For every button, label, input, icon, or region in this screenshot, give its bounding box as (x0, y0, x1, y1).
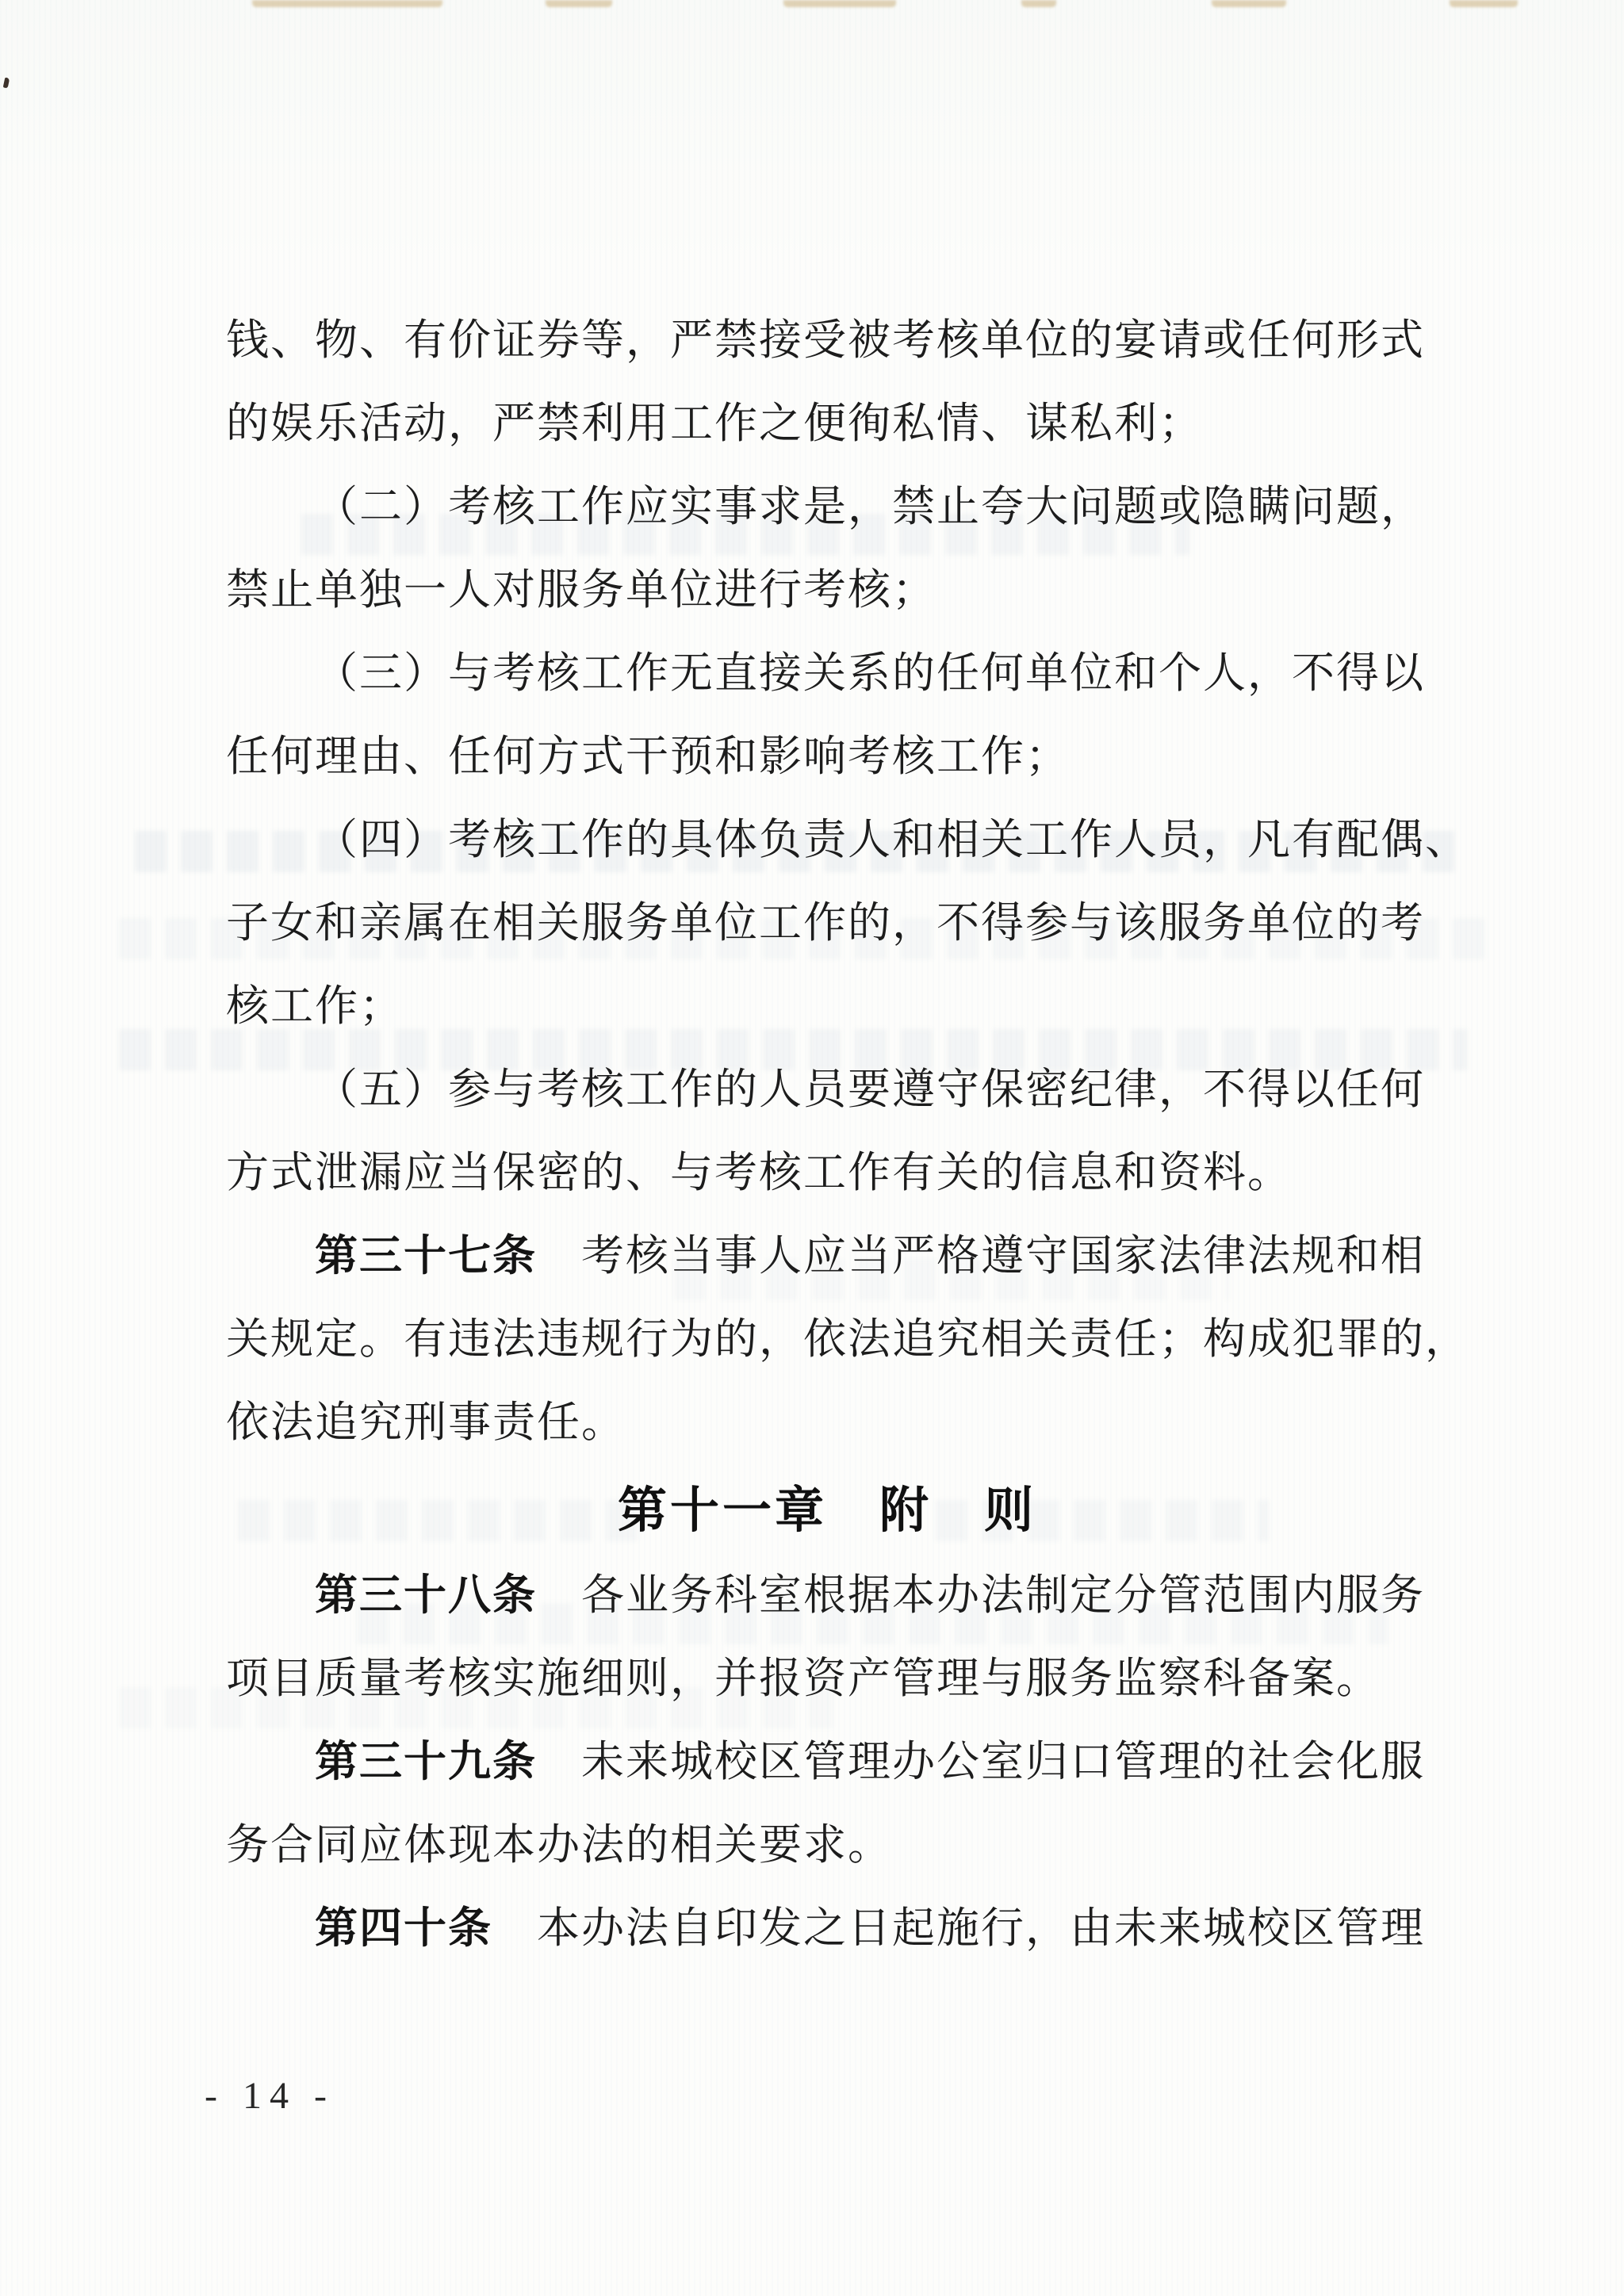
text-line: 第三十九条未来城校区管理办公室归口管理的社会化服 (226, 1716, 1428, 1800)
chapter-heading: 第十一章 附 则 (226, 1464, 1428, 1548)
text-segment: 子女和亲属在相关服务单位工作的，不得参与该服务单位的考 (226, 889, 1425, 950)
text-line: （四）考核工作的具体负责人和相关工作人员，凡有配偶、 (226, 794, 1428, 878)
text-line: 项目质量考核实施细则，并报资产管理与服务监察科备案。 (226, 1633, 1428, 1716)
document-page: 钱、物、有价证券等，严禁接受被考核单位的宴请或任何形式的娱乐活动，严禁利用工作之… (0, 0, 1624, 2296)
text-line: 子女和亲属在相关服务单位工作的，不得参与该服务单位的考 (226, 878, 1428, 961)
scan-smudge (252, 0, 442, 7)
text-segment: 禁止单独一人对服务单位进行考核； (226, 556, 936, 617)
text-segment: 务合同应体现本办法的相关要求。 (226, 1811, 892, 1872)
text-line: 核工作； (226, 961, 1428, 1044)
text-segment: 任何理由、任何方式干预和影响考核工作； (226, 722, 1070, 783)
text-segment: 项目质量考核实施细则，并报资产管理与服务监察科备案。 (226, 1644, 1381, 1705)
text-line: 任何理由、任何方式干预和影响考核工作； (226, 711, 1428, 794)
scan-smudge (1212, 0, 1286, 7)
text-segment: 的娱乐活动，严禁利用工作之便徇私情、谋私利； (226, 389, 1203, 450)
article-number: 第三十七条 (315, 1222, 537, 1283)
text-line: 依法追究刑事责任。 (226, 1377, 1428, 1460)
text-line: 务合同应体现本办法的相关要求。 (226, 1800, 1428, 1883)
scan-smudge (783, 0, 896, 7)
scan-smudge (1450, 0, 1518, 7)
text-segment: 各业务科室根据本办法制定分管范围内服务 (581, 1561, 1425, 1622)
text-line: 第三十七条考核当事人应当严格遵守国家法律法规和相 (226, 1211, 1428, 1294)
text-line: （二）考核工作应实事求是，禁止夸大问题或隐瞒问题， (226, 461, 1428, 545)
text-segment: （二）考核工作应实事求是，禁止夸大问题或隐瞒问题， (315, 473, 1425, 534)
text-segment: 考核当事人应当严格遵守国家法律法规和相 (581, 1222, 1425, 1283)
text-segment: （四）考核工作的具体负责人和相关工作人员，凡有配偶、 (315, 806, 1469, 867)
text-segment: 钱、物、有价证券等，严禁接受被考核单位的宴请或任何形式 (226, 306, 1425, 367)
article-number: 第三十八条 (315, 1561, 537, 1622)
text-line: （三）与考核工作无直接关系的任何单位和个人，不得以 (226, 628, 1428, 711)
text-line: 禁止单独一人对服务单位进行考核； (226, 545, 1428, 628)
page-number: - 14 - (205, 2074, 335, 2118)
scan-smudge (1021, 0, 1056, 7)
text-body: 钱、物、有价证券等，严禁接受被考核单位的宴请或任何形式的娱乐活动，严禁利用工作之… (226, 295, 1428, 1966)
text-segment: （三）与考核工作无直接关系的任何单位和个人，不得以 (315, 639, 1425, 700)
text-segment: 本办法自印发之日起施行，由未来城校区管理 (537, 1894, 1425, 1955)
text-segment: 依法追究刑事责任。 (226, 1388, 626, 1449)
scan-smudge (546, 0, 612, 7)
text-line: 方式泄漏应当保密的、与考核工作有关的信息和资料。 (226, 1127, 1428, 1211)
text-segment: 未来城校区管理办公室归口管理的社会化服 (581, 1728, 1425, 1789)
article-number: 第四十条 (315, 1894, 492, 1955)
article-number: 第十一章 附 则 (618, 1471, 1036, 1541)
ink-speck (3, 78, 10, 89)
article-number: 第三十九条 (315, 1728, 537, 1789)
text-segment: 关规定。有违法违规行为的，依法追究相关责任；构成犯罪的， (226, 1305, 1469, 1366)
text-line: 第四十条本办法自印发之日起施行，由未来城校区管理 (226, 1883, 1428, 1966)
text-line: 的娱乐活动，严禁利用工作之便徇私情、谋私利； (226, 378, 1428, 461)
text-line: 关规定。有违法违规行为的，依法追究相关责任；构成犯罪的， (226, 1294, 1428, 1377)
text-segment: 方式泄漏应当保密的、与考核工作有关的信息和资料。 (226, 1138, 1292, 1200)
text-line: 钱、物、有价证券等，严禁接受被考核单位的宴请或任何形式 (226, 295, 1428, 378)
text-line: 第三十八条各业务科室根据本办法制定分管范围内服务 (226, 1550, 1428, 1633)
text-segment: （五）参与考核工作的人员要遵守保密纪律，不得以任何 (315, 1055, 1425, 1116)
text-line: （五）参与考核工作的人员要遵守保密纪律，不得以任何 (226, 1044, 1428, 1127)
text-segment: 核工作； (226, 972, 404, 1033)
